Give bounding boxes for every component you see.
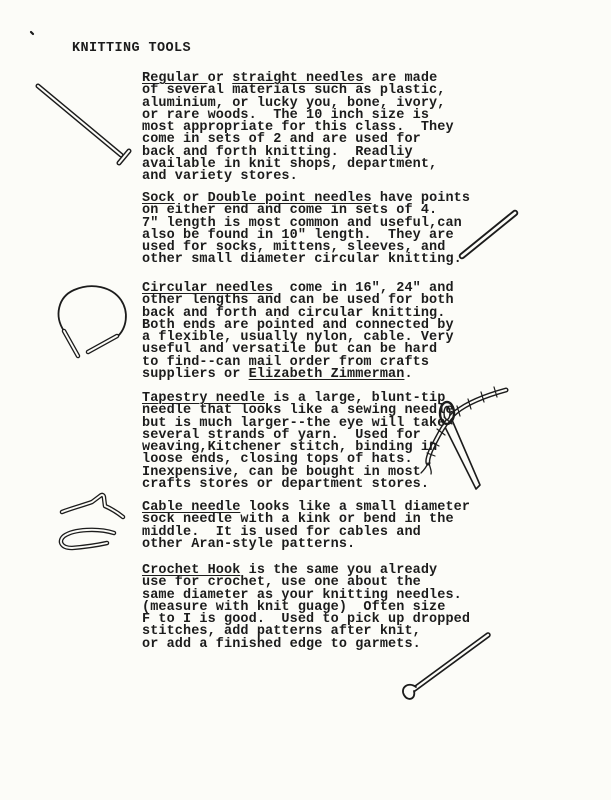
paragraph-text: is the same you already use for crochet,…	[142, 563, 470, 652]
stray-ink-dot	[31, 32, 33, 34]
page-title: KNITTING TOOLS	[72, 42, 191, 56]
paragraph-text: .	[404, 367, 412, 382]
paragraph-crochet-hook: Crochet Hook is the same you already use…	[142, 565, 470, 651]
paragraph-regular-straight-needles: Regular or straight needles are made of …	[142, 73, 454, 184]
paragraph-cable-needle: Cable needle looks like a small diameter…	[142, 502, 470, 551]
paragraph-tapestry-needle: Tapestry needle is a large, blunt-tip ne…	[142, 393, 454, 491]
paragraph-text: are made of several materials such as pl…	[142, 71, 454, 184]
paragraph-text: is a large, blunt-tip needle that looks …	[142, 391, 454, 492]
straight-needle-sketch	[38, 86, 129, 163]
document-page: KNITTING TOOLS Regular or straight needl…	[0, 0, 611, 800]
circular-needle-sketch	[59, 286, 126, 356]
underlined-term: Elizabeth Zimmerman	[249, 367, 405, 382]
cable-needle-kinked-sketch	[62, 495, 123, 517]
cable-needle-u-sketch	[61, 530, 114, 548]
paragraph-sock-double-point-needles: Sock or Double point needles have points…	[142, 193, 470, 267]
paragraph-text: have points on either end and come in se…	[142, 191, 470, 267]
paragraph-circular-needles: Circular needles come in 16", 24" and ot…	[142, 283, 454, 381]
